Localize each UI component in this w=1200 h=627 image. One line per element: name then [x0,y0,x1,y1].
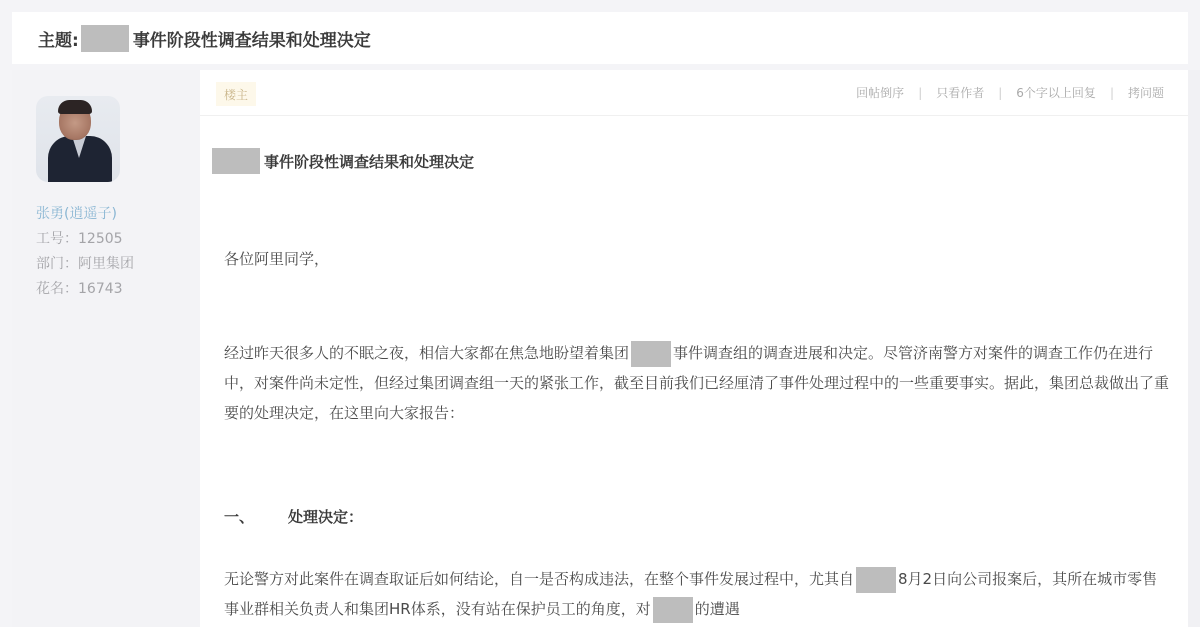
post-toolbar: 楼主 回帖倒序 | 只看作者 | 6个字以上回复 | 拷问题 [200,70,1188,116]
scroll-gutter [1188,70,1200,627]
paragraph-text: 无论警方对此案件在调查取证后如何结论，自一是否构成违法，在整个事件发展过程中，尤… [224,570,854,588]
topic-header: 主题: 事件阶段性调查结果和处理决定 [12,12,1188,64]
paragraph-decision: 无论警方对此案件在调查取证后如何结论，自一是否构成违法，在整个事件发展过程中，尤… [224,564,1172,624]
section-title: 处理决定： [288,508,363,526]
section-number: 一、 [224,508,254,526]
divider: | [1110,86,1114,100]
long-replies-link[interactable]: 6个字以上回复 [1016,84,1096,101]
avatar[interactable] [36,96,120,182]
department-value: 阿里集团 [78,256,134,272]
redacted-block [212,148,260,174]
paragraph-text: 经过昨天很多人的不眠之夜，相信大家都在焦急地盼望着集团 [224,344,629,362]
points-row: 花名：16743 [36,277,134,302]
employee-id-label: 工号： [36,231,78,247]
section-heading: 一、处理决定： [224,502,1172,532]
department-row: 部门：阿里集团 [36,252,134,277]
subject-label: 主题: [38,26,79,51]
post-content: 楼主 回帖倒序 | 只看作者 | 6个字以上回复 | 拷问题 事件阶段性调查结果… [200,70,1188,627]
topic-title: 事件阶段性调查结果和处理决定 [133,26,371,51]
redacted-block [856,567,896,593]
post-title: 事件阶段性调查结果和处理决定 [212,148,474,174]
author-only-link[interactable]: 只看作者 [936,84,984,101]
author-sidebar: 张勇(逍遥子) 工号：12505 部门：阿里集团 花名：16743 [12,70,200,627]
points-value: 16743 [78,281,123,297]
divider: | [918,86,922,100]
paragraph-text: 的遭遇 [695,600,740,618]
avatar-hair [58,100,92,114]
post-title-text: 事件阶段性调查结果和处理决定 [264,151,474,172]
points-label: 花名： [36,281,78,297]
divider: | [998,86,1002,100]
reverse-order-link[interactable]: 回帖倒序 [856,84,904,101]
department-label: 部门： [36,256,78,272]
paragraph-intro: 经过昨天很多人的不眠之夜，相信大家都在焦急地盼望着集团事件调查组的调查进展和决定… [224,338,1172,428]
employee-id-row: 工号：12505 [36,227,134,252]
redacted-block [631,341,671,367]
employee-id-value: 12505 [78,231,123,247]
question-link[interactable]: 拷问题 [1128,84,1164,101]
redacted-block [81,25,129,52]
greeting: 各位阿里同学， [224,244,1172,274]
redacted-block [653,597,693,623]
op-badge: 楼主 [216,82,256,106]
post-actions: 回帖倒序 | 只看作者 | 6个字以上回复 | 拷问题 [856,84,1164,101]
author-name-link[interactable]: 张勇(逍遥子) [36,202,134,227]
author-info: 张勇(逍遥子) 工号：12505 部门：阿里集团 花名：16743 [36,202,134,302]
